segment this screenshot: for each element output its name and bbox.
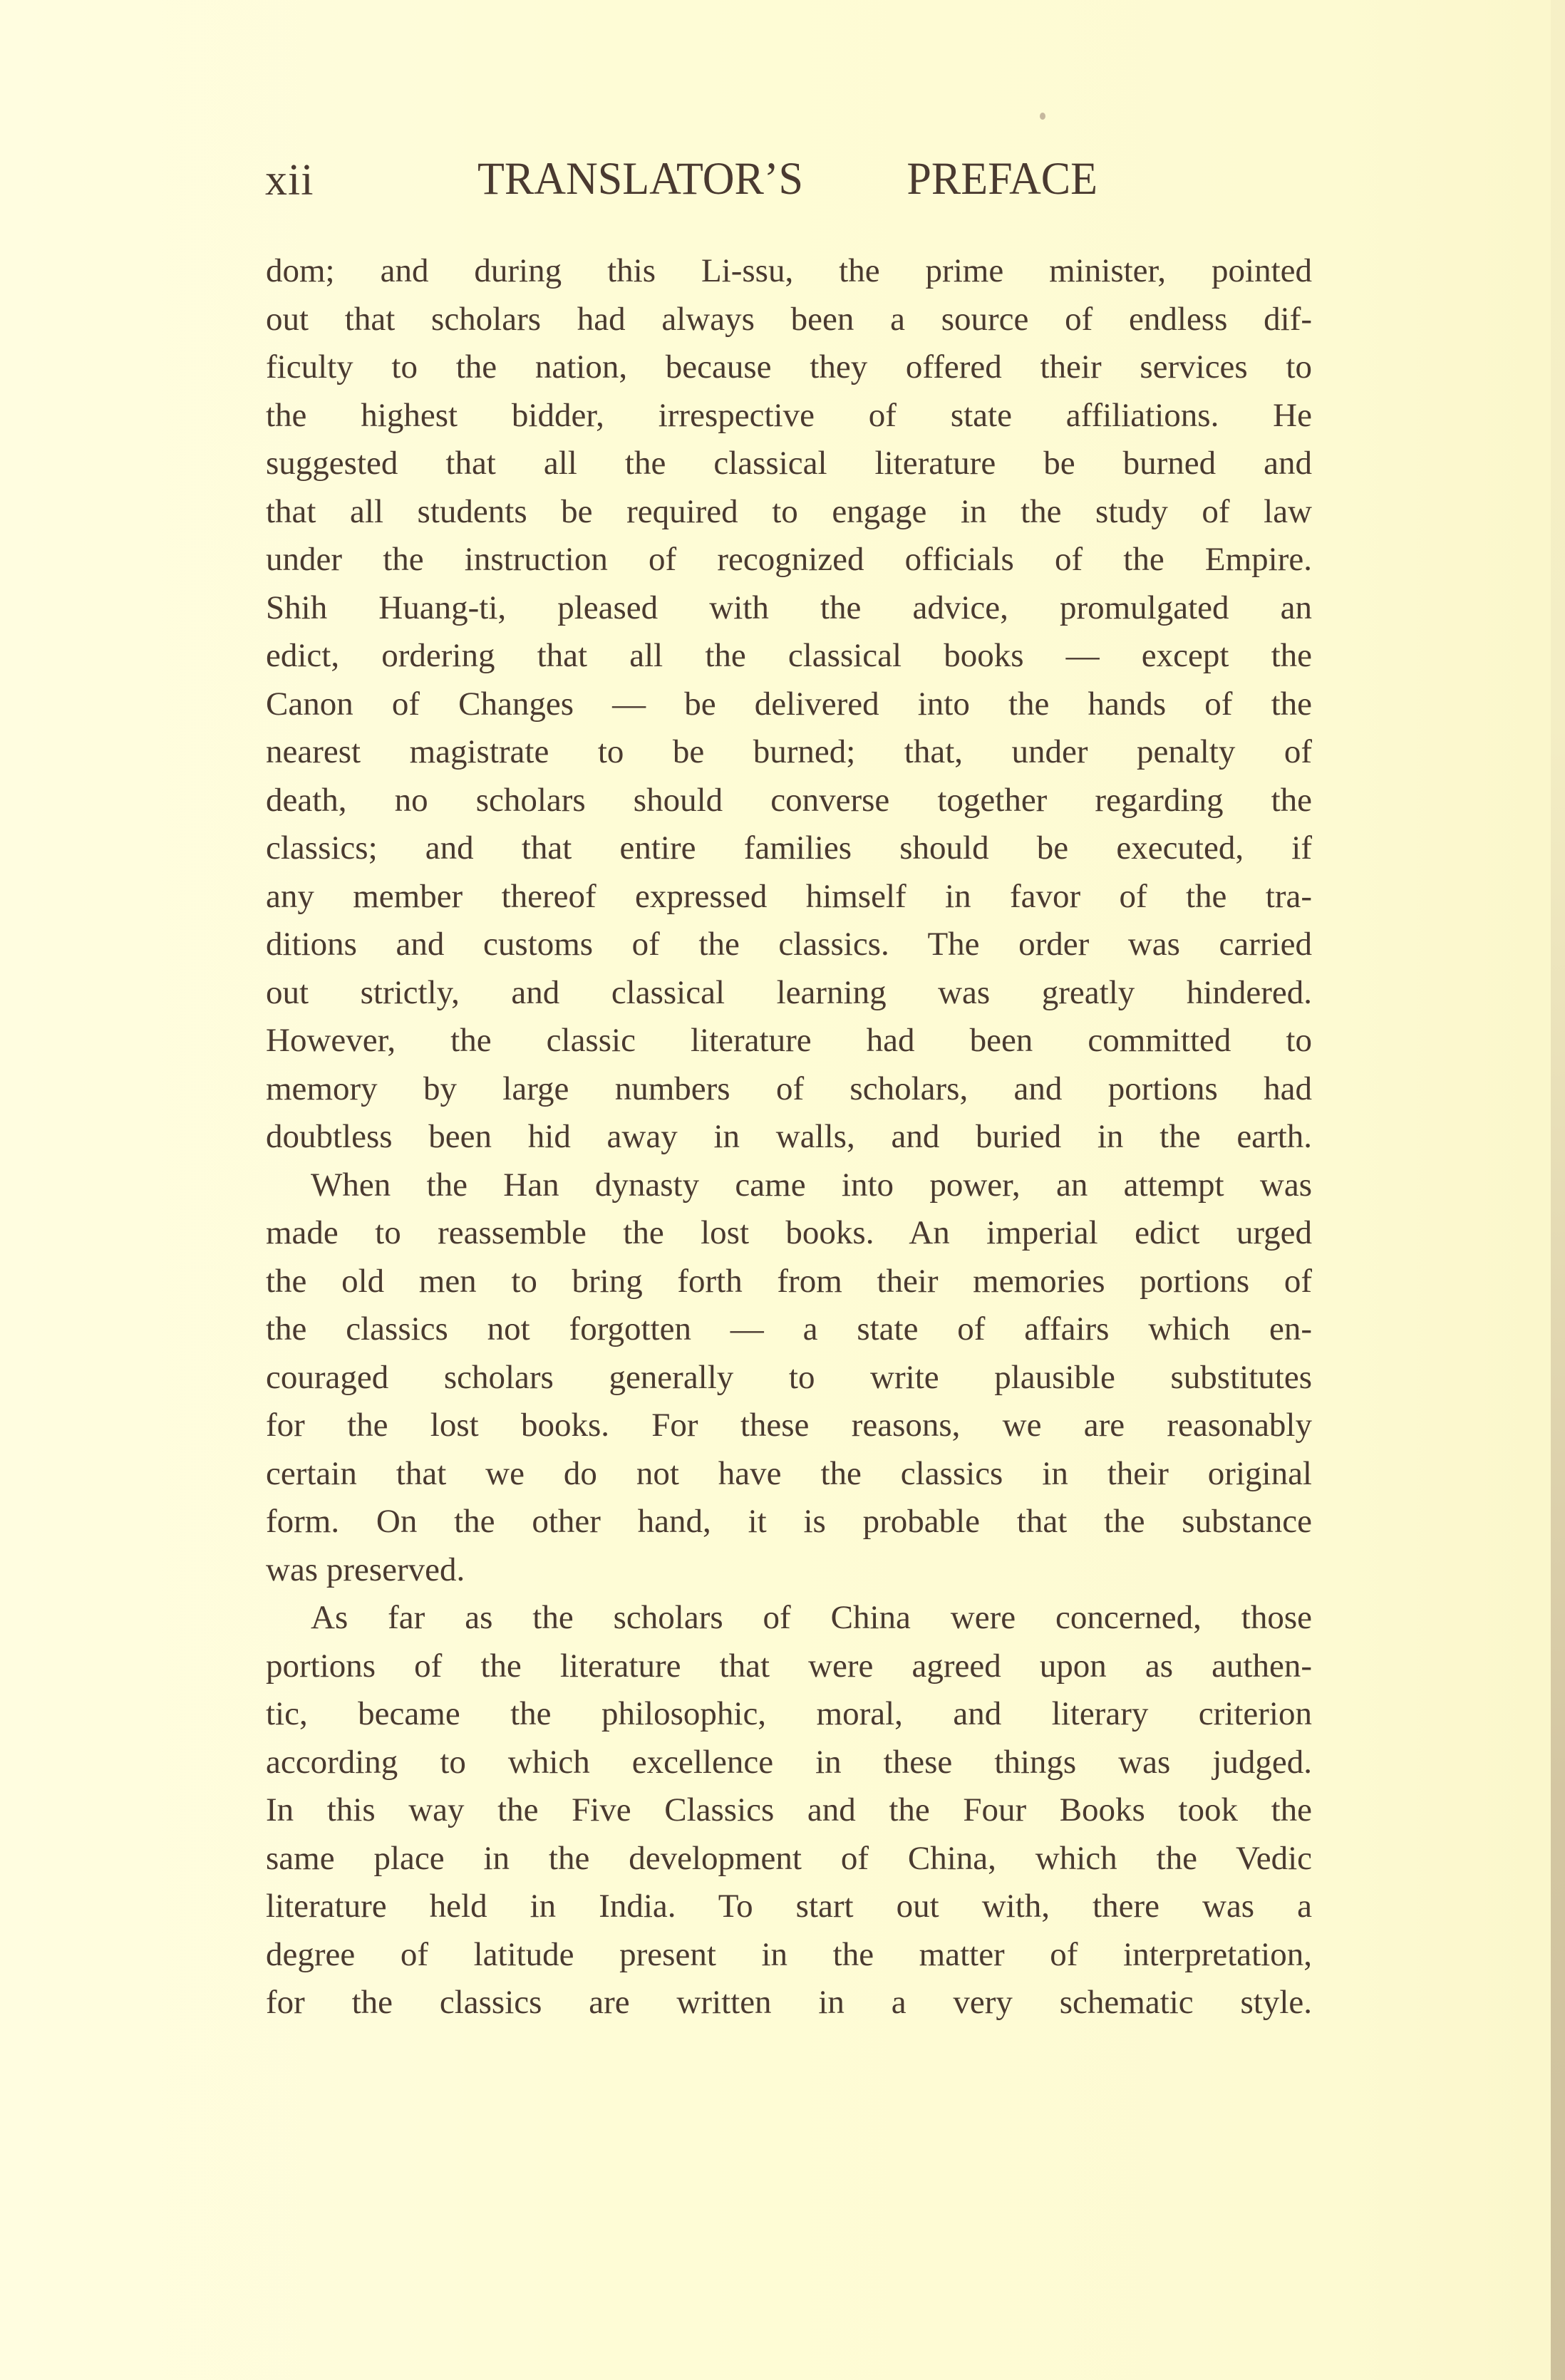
running-head: xii TRANSLATOR’S PREFACE — [0, 155, 1565, 205]
text-line: As far as the scholars of China were con… — [266, 1597, 1312, 1638]
text-line: under the instruction of recognized offi… — [266, 539, 1312, 580]
text-line: Shih Huang-ti, pleased with the advice, … — [266, 587, 1312, 628]
text-line: made to reassemble the lost books. An im… — [266, 1212, 1312, 1253]
text-line: degree of latitude present in the matter… — [266, 1934, 1312, 1975]
text-line: ditions and customs of the classics. The… — [266, 923, 1312, 965]
text-line: the classics not forgotten — a state of … — [266, 1308, 1312, 1350]
text-line: out strictly, and classical learning was… — [266, 972, 1312, 1013]
text-line: that all students be required to engage … — [266, 491, 1312, 532]
text-line: certain that we do not have the classics… — [266, 1453, 1312, 1494]
text-line: form. On the other hand, it is probable … — [266, 1501, 1312, 1542]
text-line: classics; and that entire families shoul… — [266, 827, 1312, 869]
text-line: suggested that all the classical literat… — [266, 443, 1312, 484]
text-line: In this way the Five Classics and the Fo… — [266, 1789, 1312, 1831]
text-line: literature held in India. To start out w… — [266, 1885, 1312, 1927]
text-line: couraged scholars generally to write pla… — [266, 1357, 1312, 1398]
text-line: portions of the literature that were agr… — [266, 1645, 1312, 1687]
text-line: edict, ordering that all the classical b… — [266, 635, 1312, 676]
paper-speck — [1040, 113, 1045, 120]
text-line: out that scholars had always been a sour… — [266, 299, 1312, 340]
text-line: When the Han dynasty came into power, an… — [266, 1164, 1312, 1206]
text-line: ficulty to the nation, because they offe… — [266, 346, 1312, 388]
text-line: the highest bidder, irrespective of stat… — [266, 395, 1312, 436]
page-edge — [1551, 0, 1565, 2380]
text-line: dom; and during this Li-ssu, the prime m… — [266, 250, 1312, 291]
text-line: same place in the development of China, … — [266, 1838, 1312, 1879]
text-line: doubtless been hid away in walls, and bu… — [266, 1116, 1312, 1157]
page-number: xii — [265, 155, 314, 205]
text-line: was preserved. — [266, 1549, 1312, 1590]
text-line: for the lost books. For these reasons, w… — [266, 1404, 1312, 1446]
text-line: the old men to bring forth from their me… — [266, 1261, 1312, 1302]
text-line: However, the classic literature had been… — [266, 1020, 1312, 1061]
text-line: nearest magistrate to be burned; that, u… — [266, 731, 1312, 772]
text-line: for the classics are written in a very s… — [266, 1982, 1312, 2023]
text-line: death, no scholars should converse toget… — [266, 780, 1312, 821]
page-title: TRANSLATOR’S PREFACE — [477, 153, 1097, 206]
text-line: memory by large numbers of scholars, and… — [266, 1068, 1312, 1109]
text-line: any member thereof expressed himself in … — [266, 876, 1312, 917]
book-page: xii TRANSLATOR’S PREFACE dom; and during… — [0, 0, 1565, 2380]
text-line: Canon of Changes — be delivered into the… — [266, 683, 1312, 725]
text-line: according to which excellence in these t… — [266, 1742, 1312, 1783]
text-line: tic, became the philosophic, moral, and … — [266, 1693, 1312, 1734]
